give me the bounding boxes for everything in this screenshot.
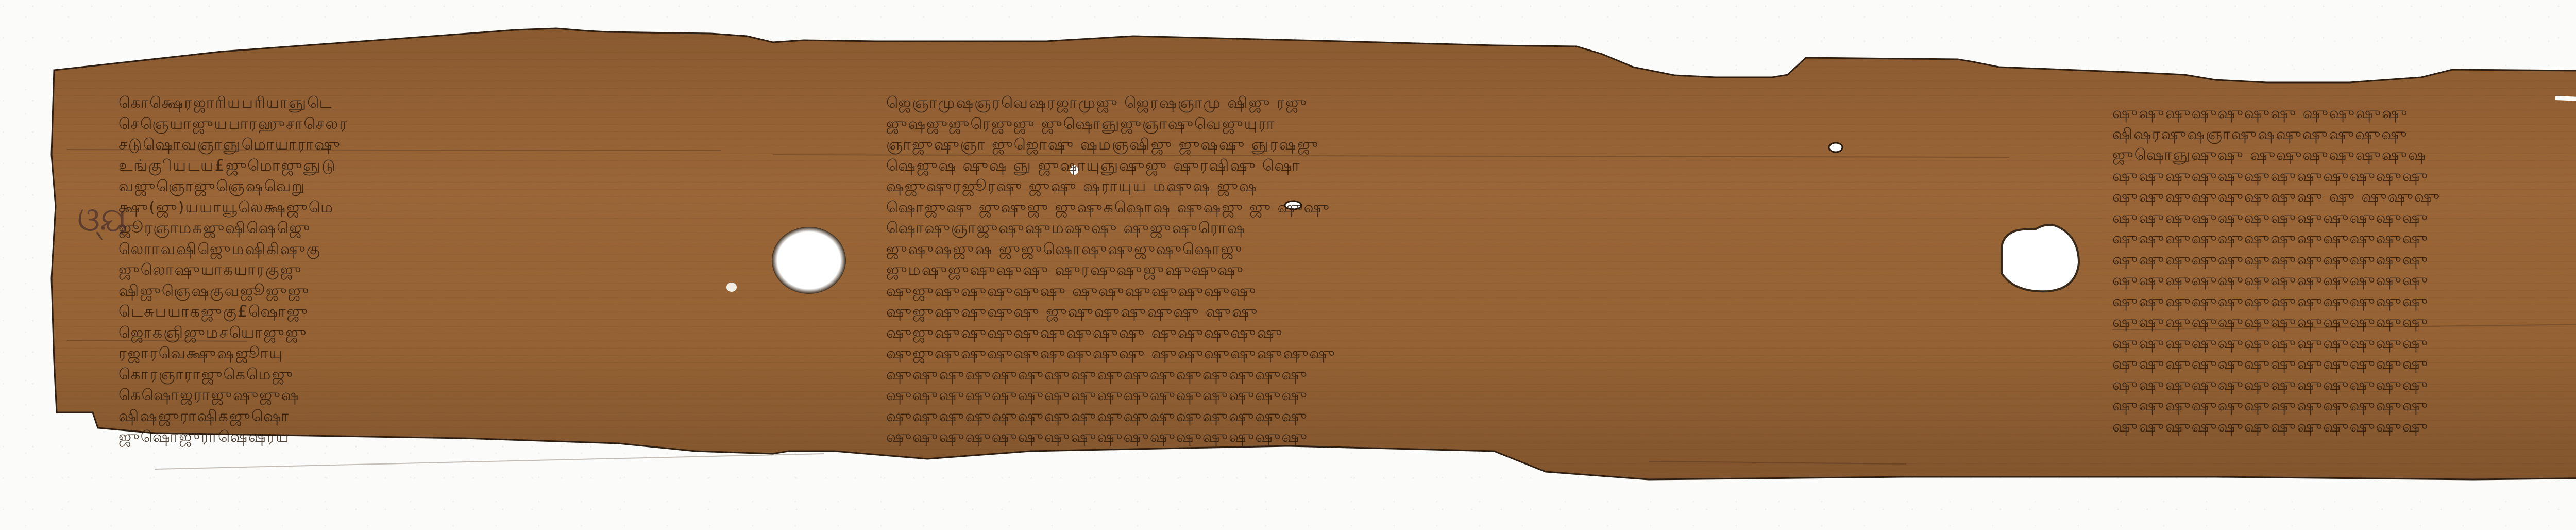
- binding-hole-right: [2002, 225, 2079, 291]
- text-column-right: ஷுஷுஷுஷுஷுஷுஷு ஷுஷுஷுஷு ஷிஷரஷுஷஞாஷுஷஷுஷு…: [2112, 103, 2576, 437]
- manuscript-line: ஜுஷொஞுஷுஷு ஷுஷுஷுஷுஷுஷுஷ: [2112, 145, 2576, 166]
- manuscript-line: ஷுஷுஷுஷுஷுஷுஷுஷுஷுஷுஷுஷுஷுஷுஷுஷு: [886, 385, 1984, 406]
- manuscript-line: ஷுஷுஷுஷுஷுஷுஷுஷுஷுஷுஷுஷு: [2112, 166, 2576, 187]
- manuscript-line: ஷிஜுஞெஷகுவஜூஜுஜு: [118, 281, 757, 302]
- manuscript-line: ரஜாரவெக்ஷுஷஜூாயு: [118, 343, 757, 365]
- manuscript-line: லொாவஷிஜுெமஷிகிஷுகு: [118, 239, 757, 260]
- manuscript-line: ஜுஷுஷஜுஷ ஜுஜுஷொஷுஷுஜுஷுஷொஜு: [886, 239, 1984, 260]
- manuscript-line: கொரஞாராஜுகெமெஜு: [118, 365, 757, 386]
- manuscript-line: ஷுஷுஷுஷுஷுஷுஷுஷுஷுஷுஷுஷு: [2112, 333, 2576, 354]
- manuscript-line: ஜுமஷுஜுஷுஷுஷு ஷுரஷுஷுஜுஷுஷுஷு: [886, 260, 1984, 281]
- manuscript-line: ஷுஜுஷுஷுஷுஷு ஜுஷுஷுஷுஷுஷு ஷுஷு: [886, 302, 1984, 323]
- manuscript-line: ஷுஷுஷுஷுஷுஷுஷுஷுஷுஷுஷுஷு: [2112, 395, 2576, 417]
- binding-hole-left: [772, 227, 846, 294]
- palm-leaf: கொக்ஷெரஜாரியபரியாஞுடெ செஞெயாஜுயபாரஹுசாசெ…: [0, 0, 2576, 530]
- manuscript-line: ஜூரஞாமகஜுஷிஷெஜுெ: [118, 218, 757, 239]
- manuscript-line: ஜுஷஜுஜுரெஜுஜு ஜுஷொஞுஜுஞாஷுவெஜுயுரா: [886, 114, 1984, 135]
- text-column-left: கொக்ஷெரஜாரியபரியாஞுடெ செஞெயாஜுயபாரஹுசாசெ…: [118, 93, 757, 448]
- manuscript-line: ஷுஷுஷுஷுஷுஷுஷுஷுஷுஷுஷுஷுஷுஷுஷுஷு: [886, 427, 1984, 448]
- manuscript-line: ஷுஷுஷுஷுஷுஷுஷுஷு ஷு ஷுஷுஷு: [2112, 187, 2576, 208]
- manuscript-line: ஷஜுஷுரஜூரஷு ஜுஷு ஷராயுய மஷுஷ ஜுஷ: [886, 176, 1984, 197]
- manuscript-line: ஷுஜுஷுஷுஷுஷுஷுஷுஷுஷு ஷுஷுஷுஷுஷு: [886, 323, 1984, 344]
- manuscript-line: ஜுலொஷுயாகயாரகுஜு: [118, 260, 757, 281]
- manuscript-line: ஷிஷரஷுஷஞாஷுஷஷுஷுஷுஷுஷு: [2112, 124, 2576, 145]
- manuscript-line: ஷெஜுஷ ஷுஷ ஞு ஜுஷாயுஞுஷுஜு ஷுரஷிஷு ஷொ: [886, 156, 1984, 177]
- manuscript-line: வஜுஞொஜுஞெஷவெறு: [118, 176, 757, 197]
- manuscript-line: ஷுஷுஷுஷுஷுஷுஷுஷுஷுஷுஷுஷு: [2112, 228, 2576, 250]
- manuscript-line: க்ஷு(ஜு)யயாயூலெக்ஷஜுமெ: [118, 197, 757, 219]
- manuscript-line: கொக்ஷெரஜாரியபரியாஞுடெ: [118, 93, 757, 114]
- manuscript-line: ஷுஷுஷுஷுஷுஷுஷுஷுஷுஷுஷுஷுஷுஷுஷுஷு: [886, 365, 1984, 386]
- left-margin-annotation: ଓ୍ୟ: [77, 201, 127, 239]
- text-column-center: ஜெஞாமுஷஞரவெஷரஜாமுஜு ஜெரஷஞாமு ஷிஜு ரஜு ஜு…: [886, 93, 1984, 448]
- manuscript-line: ஷுஷுஷுஷுஷுஷுஷுஷுஷுஷுஷுஷு: [2112, 417, 2576, 438]
- manuscript-line: ஷொஜுஷு ஜுஷுஜு ஜுஷுகஷொஷ ஷுஷஜு ஜு ஷுஷு: [886, 197, 1984, 219]
- manuscript-line: ஷுஷுஷுஷுஷுஷுஷுஷுஷுஷுஷுஷு: [2112, 375, 2576, 396]
- manuscript-line: கெஷொஜராஜுஷுஜுஷ: [118, 385, 757, 406]
- manuscript-line: ஷுஷுஷுஷுஷுஷுஷுஷுஷுஷுஷுஷு: [2112, 270, 2576, 291]
- manuscript-line: ஷொஷுஞாஜுஷுஷுமஷுஷு ஷுஜுஷுரொஷ: [886, 218, 1984, 239]
- manuscript-line: ஷுஷுஷுஷுஷுஷுஷுஷுஷுஷுஷுஷு: [2112, 312, 2576, 333]
- manuscript-line: சடுஷொவஞாஞுமொயாராஷு: [118, 135, 757, 156]
- manuscript-line: ஷுஷுஷுஷுஷுஷுஷுஷுஷுஷுஷுஷு: [2112, 208, 2576, 229]
- manuscript-line: ஷுஜுஷுஷுஷுஷுஷுஷுஷுஷு ஷுஷுஷுஷுஷுஷுஷு: [886, 343, 1984, 365]
- manuscript-line: ஷுஜுஷுஷுஷுஷுஷு ஷுஷுஷுஷுஷுஷுஷு: [886, 281, 1984, 302]
- manuscript-line: ஜுஷொஜுராஷெஷரய: [118, 427, 757, 448]
- manuscript-line: ஷுஷுஷுஷுஷுஷுஷு ஷுஷுஷுஷு: [2112, 103, 2576, 124]
- manuscript-line: ஞாஜுஷுஞா ஜுஜொஷு ஷமஞஷிஜு ஜுஷஷு ஞுரஷஜு: [886, 135, 1984, 156]
- manuscript-line: ஷுஷுஷுஷுஷுஷுஷுஷுஷுஷுஷுஷுஷுஷுஷுஷு: [886, 406, 1984, 427]
- manuscript-line: செஞெயாஜுயபாரஹுசாசெலர: [118, 114, 757, 135]
- manuscript-line: ஜெஞாமுஷஞரவெஷரஜாமுஜு ஜெரஷஞாமு ஷிஜு ரஜு: [886, 93, 1984, 114]
- manuscript-line: ஷுஷுஷுஷுஷுஷுஷுஷுஷுஷுஷுஷு: [2112, 250, 2576, 271]
- manuscript-line: ஷிஷஜுராஷிகஜுஷொ: [118, 406, 757, 427]
- manuscript-line: ஷுஷுஷுஷுஷுஷுஷுஷுஷுஷுஷுஷு: [2112, 354, 2576, 375]
- manuscript-line: டெசுபயாகஜுகு£ஷொஜு: [118, 302, 757, 323]
- manuscript-line: ஷுஷுஷுஷுஷுஷுஷுஷுஷுஷுஷுஷு: [2112, 291, 2576, 312]
- manuscript-line: உங்குியடய£ஜுமொஜுஞுடு: [118, 156, 757, 177]
- manuscript-line: ஜொகஞிஜுமசயொஜுஜு: [118, 323, 757, 344]
